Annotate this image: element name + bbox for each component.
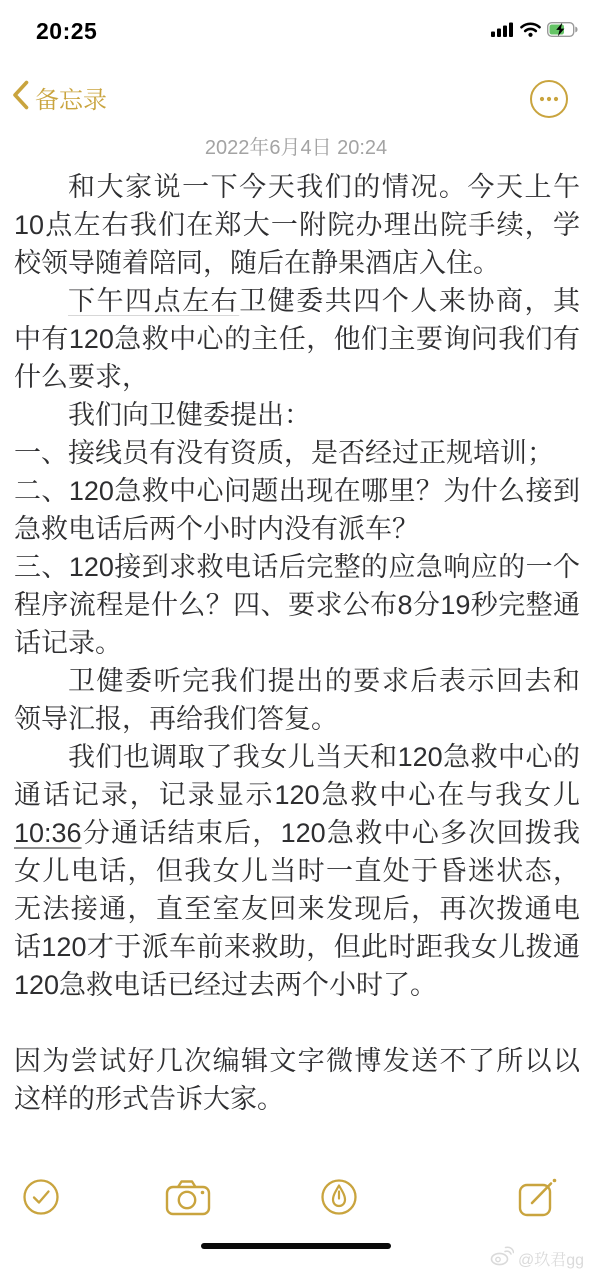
note-paragraph: 我们向卫健委提出：	[14, 396, 580, 434]
note-text: 我们也调取了我女儿当天和120急救中心的通话记录，记录显示120急救中心在与我女…	[14, 742, 580, 810]
chevron-left-icon	[12, 80, 29, 115]
note-text: 一、接线员有没有资质，是否经过正规培训；	[14, 438, 554, 468]
status-time: 20:25	[36, 18, 97, 45]
note-date: 2022年6月4日 20:24	[0, 131, 592, 160]
back-button[interactable]: 备忘录	[12, 80, 107, 115]
note-text: 分通话结束后，120急救中心多次回拨我女儿电话，但我女儿当时一直处于昏迷状态，无…	[14, 818, 580, 1000]
weibo-logo-icon	[490, 1246, 514, 1271]
note-paragraph: 二、120急救中心问题出现在哪里？为什么接到急救电话后两个小时内没有派车？	[14, 472, 580, 548]
camera-button[interactable]	[166, 1176, 210, 1220]
ellipsis-icon	[538, 90, 560, 108]
note-text: 三、120接到求救电话后完整的应急响应的一个程序流程是什么？四、要求公布8分19…	[14, 552, 580, 658]
weibo-watermark: @玖君gg	[490, 1246, 584, 1271]
wifi-icon	[520, 22, 541, 42]
more-options-button[interactable]	[530, 80, 568, 118]
note-paragraph: 和大家说一下今天我们的情况。今天上午10点左右我们在郑大一附院办理出院手续，学校…	[14, 168, 580, 282]
battery-charging-icon	[547, 22, 578, 42]
note-paragraph: 下午四点左右卫健委共四个人来协商，其中有120急救中心的主任，他们主要询问我们有…	[14, 282, 580, 396]
note-text: 二、120急救中心问题出现在哪里？为什么接到急救电话后两个小时内没有派车？	[14, 476, 580, 544]
status-bar: 20:25	[0, 0, 592, 58]
checklist-button[interactable]	[19, 1176, 63, 1220]
status-icons	[491, 22, 578, 42]
camera-icon	[165, 1178, 211, 1219]
note-paragraph: 卫健委听完我们提出的要求后表示回去和领导汇报，再给我们答复。	[14, 662, 580, 738]
note-paragraph: 三、120接到求救电话后完整的应急响应的一个程序流程是什么？四、要求公布8分19…	[14, 548, 580, 662]
compose-icon	[516, 1175, 560, 1222]
time-link[interactable]: 10:36	[14, 818, 82, 848]
note-text: 因为尝试好几次编辑文字微博发送不了所以以这样的形式告诉大家。	[14, 1046, 580, 1114]
note-text: 和大家说一下今天我们的情况。今天上午10点左右我们在郑大一附院办理出院手续，学校…	[14, 172, 580, 278]
note-blank-line	[14, 1004, 580, 1042]
notes-app-screen: 20:25	[0, 0, 592, 1280]
bottom-toolbar	[0, 1168, 592, 1232]
detected-time-text: 下午四点左右	[68, 286, 239, 316]
note-body[interactable]: 和大家说一下今天我们的情况。今天上午10点左右我们在郑大一附院办理出院手续，学校…	[14, 168, 580, 1118]
checklist-icon	[21, 1177, 61, 1220]
note-paragraph: 因为尝试好几次编辑文字微博发送不了所以以这样的形式告诉大家。	[14, 1042, 580, 1118]
markup-pen-icon	[319, 1177, 359, 1220]
note-paragraph: 一、接线员有没有资质，是否经过正规培训；	[14, 434, 580, 472]
nav-bar: 备忘录	[0, 78, 592, 126]
watermark-text: @玖君gg	[518, 1247, 584, 1270]
note-text: 我们向卫健委提出：	[68, 400, 311, 430]
cellular-signal-icon	[491, 22, 514, 42]
home-indicator[interactable]	[201, 1243, 391, 1249]
note-paragraph: 我们也调取了我女儿当天和120急救中心的通话记录，记录显示120急救中心在与我女…	[14, 738, 580, 1004]
compose-button[interactable]	[516, 1176, 560, 1220]
markup-button[interactable]	[317, 1176, 361, 1220]
back-label: 备忘录	[35, 80, 107, 115]
note-text: 卫健委听完我们提出的要求后表示回去和领导汇报，再给我们答复。	[14, 666, 580, 734]
